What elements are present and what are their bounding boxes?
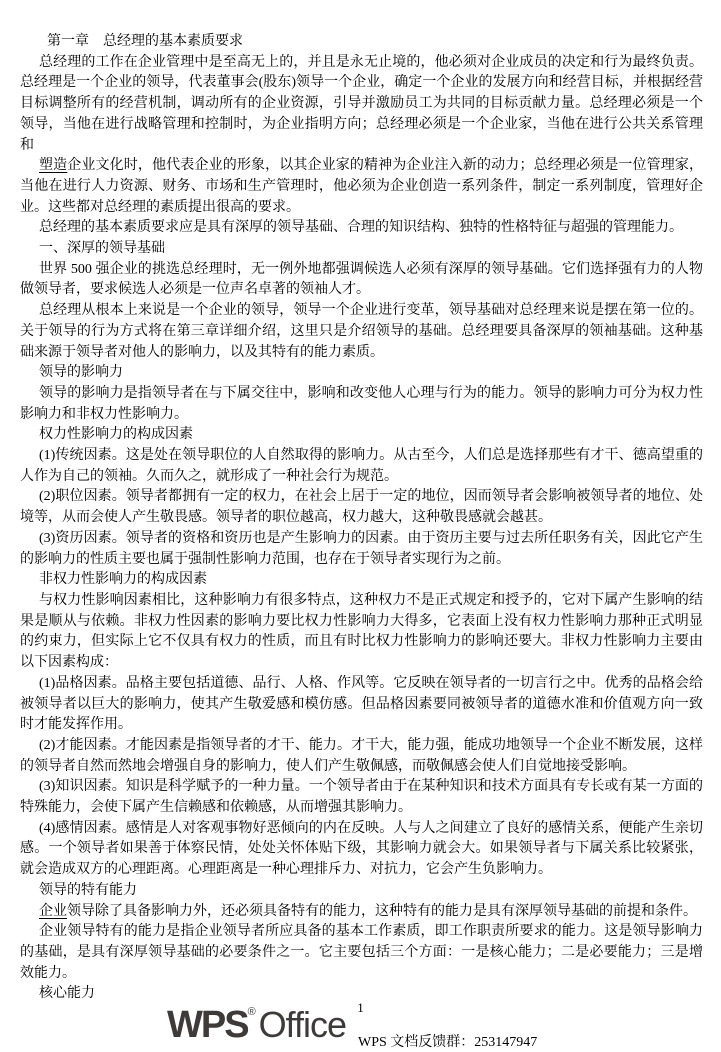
- feedback-group-text: WPS 文档反馈群：253147947: [358, 1031, 537, 1051]
- paragraph: (3)知识因素。知识是科学赋予的一种力量。一个领导者由于在某种知识和技术方面具有…: [20, 777, 703, 818]
- document-text-area[interactable]: 第一章 总经理的基本素质要求总经理的工作在企业管理中是至高无上的，并且是永无止境…: [20, 32, 703, 1005]
- paragraph: (4)感情因素。感情是人对客观事物好恶倾向的内在反映。人与人之间建立了良好的感情…: [20, 819, 703, 881]
- proofing-underline: 塑造: [39, 158, 67, 173]
- paragraph: 领导的影响力: [20, 363, 703, 384]
- registered-trademark-icon: ®: [248, 1006, 256, 1018]
- paragraph: (2)职位因素。领导者都拥有一定的权力，在社会上居于一定的地位，因而领导者会影响…: [20, 487, 703, 528]
- wps-logo-text: WPS: [167, 1004, 248, 1046]
- paragraph: 权力性影响力的构成因素: [20, 425, 703, 446]
- paragraph: (3)资历因素。领导者的资格和资历也是产生影响力的因素。由于资历主要与过去所任职…: [20, 529, 703, 570]
- paragraph: (1)品格因素。品格主要包括道德、品行、人格、作风等。它反映在领导者的一切言行之…: [20, 674, 703, 736]
- page-number: 1: [0, 1000, 721, 1016]
- paragraph: (1)传统因素。这是处在领导职位的人自然取得的影响力。从古至今，人们总是选择那些…: [20, 446, 703, 487]
- paragraph: 非权力性影响力的构成因素: [20, 570, 703, 591]
- paragraph: (2)才能因素。才能因素是指领导者的才干、能力。才干大，能力强，能成功地领导一个…: [20, 736, 703, 777]
- wps-office-logo: WPS®Office: [167, 1006, 346, 1044]
- proofing-underline: 企业: [39, 904, 67, 919]
- office-logo-text: Office: [259, 1004, 346, 1045]
- paragraph: 总经理从根本上来说是一个企业的领导，领导一个企业进行变革，领导基础对总经理来说是…: [20, 301, 703, 363]
- paragraph: 领导的特有能力: [20, 881, 703, 902]
- paragraph: 领导的影响力是指领导者在与下属交往中，影响和改变他人心理与行为的能力。领导的影响…: [20, 384, 703, 425]
- chapter-heading: 第一章 总经理的基本素质要求: [20, 32, 703, 53]
- paragraph: 总经理的工作在企业管理中是至高无上的，并且是永无止境的，他必须对企业成员的决定和…: [20, 53, 703, 157]
- paragraph: 世界 500 强企业的挑选总经理时，无一例外地都强调候选人必须有深厚的领导基础。…: [20, 260, 703, 301]
- paragraph: 一、深厚的领导基础: [20, 239, 703, 260]
- paragraph: 与权力性影响因素相比，这种影响力有很多特点，这种权力不是正式规定和授予的，它对下…: [20, 591, 703, 674]
- paragraph: 企业领导特有的能力是指企业领导者所应具备的基本工作素质，即工作职责所要求的能力。…: [20, 922, 703, 984]
- paragraph: 企业领导除了具备影响力外，还必须具备特有的能力，这种特有的能力是具有深厚领导基础…: [20, 902, 703, 923]
- paragraph: 总经理的基本素质要求应是具有深厚的领导基础、合理的知识结构、独特的性格特征与超强…: [20, 218, 703, 239]
- paragraph: 塑造企业文化时，他代表企业的形象，以其企业家的精神为企业注入新的动力；总经理必须…: [20, 156, 703, 218]
